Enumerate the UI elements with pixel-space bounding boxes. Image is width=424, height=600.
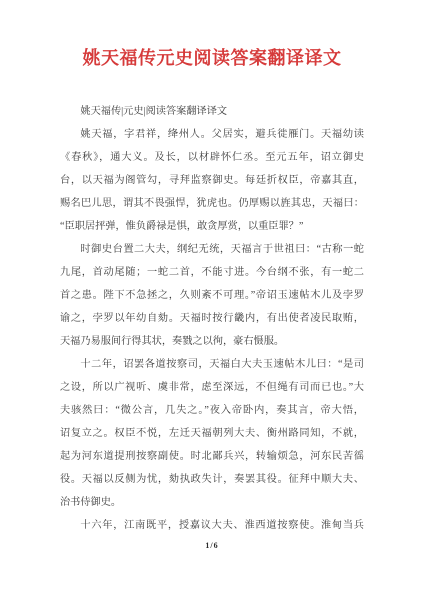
text-line: 之设，所以广视听、虞非常，虑至深远，不但绳有司而已也。”大 xyxy=(60,376,364,399)
text-line: “臣职居抨弹，惟负爵禄是惧，敢贪厚赏，以重臣罪？” xyxy=(60,215,364,238)
document-page: 姚天福传元史阅读答案翻译译文 姚天福传|元史|阅读答案翻译译文姚天福，字君祥，绛… xyxy=(0,0,424,600)
text-line: 谕之，孛罗以年幼自劾。天福时按行畿内，有出使者凌民取贿， xyxy=(60,307,364,330)
text-line: 十六年，江南既平，授嘉议大夫、淮西道按察使。淮甸当兵 xyxy=(60,514,364,537)
text-line: 台，以天福为阁管勾，寻拜监察御史。每廷折权臣，帝嘉其直， xyxy=(60,169,364,192)
text-line: 赐名巴儿思，谓其不畏强悍，犹虎也。仍厚赐以旌其忠，天福曰： xyxy=(60,192,364,215)
text-line: 起为河东道提刑按察副使。时北鄙兵兴，转输烦急，河东民苦徭 xyxy=(60,445,364,468)
text-line: 姚天福，字君祥，绛州人。父居实，避兵徙雁门。天福幼读 xyxy=(60,123,364,146)
text-line: 十二年，诏罢各道按察司，天福白大夫玉速帖木儿曰：“是司 xyxy=(60,353,364,376)
text-line: 诏复立之。权臣不悦，左迁天福朝列大夫、衡州路同知，不就， xyxy=(60,422,364,445)
text-line: 治书侍御史。 xyxy=(60,491,364,514)
text-line: 《春秋》，通大义。及长，以材辟怀仁丞。至元五年，诏立御史 xyxy=(60,146,364,169)
text-line: 九尾，首动尾随；一蛇二首，不能寸进。今台纲不张，有一蛇二 xyxy=(60,261,364,284)
text-line: 时御史台置二大夫，纲纪无统，天福言于世祖曰：“古称一蛇 xyxy=(60,238,364,261)
text-line: 首之患。陛下不急拯之，久则紊不可理。”帝诏玉速帖木儿及孛罗 xyxy=(60,284,364,307)
page-title: 姚天福传元史阅读答案翻译译文 xyxy=(60,0,364,71)
document-lines: 姚天福传|元史|阅读答案翻译译文姚天福，字君祥，绛州人。父居实，避兵徙雁门。天福… xyxy=(60,100,364,537)
text-line: 天福乃易服间行得其状，奏戮之以徇，豪右慑服。 xyxy=(60,330,364,353)
text-line: 役。天福以反侧为忧，劾执政失计，奏罢其役。征拜中顺大夫、 xyxy=(60,468,364,491)
text-line: 姚天福传|元史|阅读答案翻译译文 xyxy=(60,100,364,123)
text-line: 夫骇然曰：“微公言，几失之。”夜入帝卧内，奏其言，帝大悟， xyxy=(60,399,364,422)
page-indicator: 1/6 xyxy=(60,541,364,551)
